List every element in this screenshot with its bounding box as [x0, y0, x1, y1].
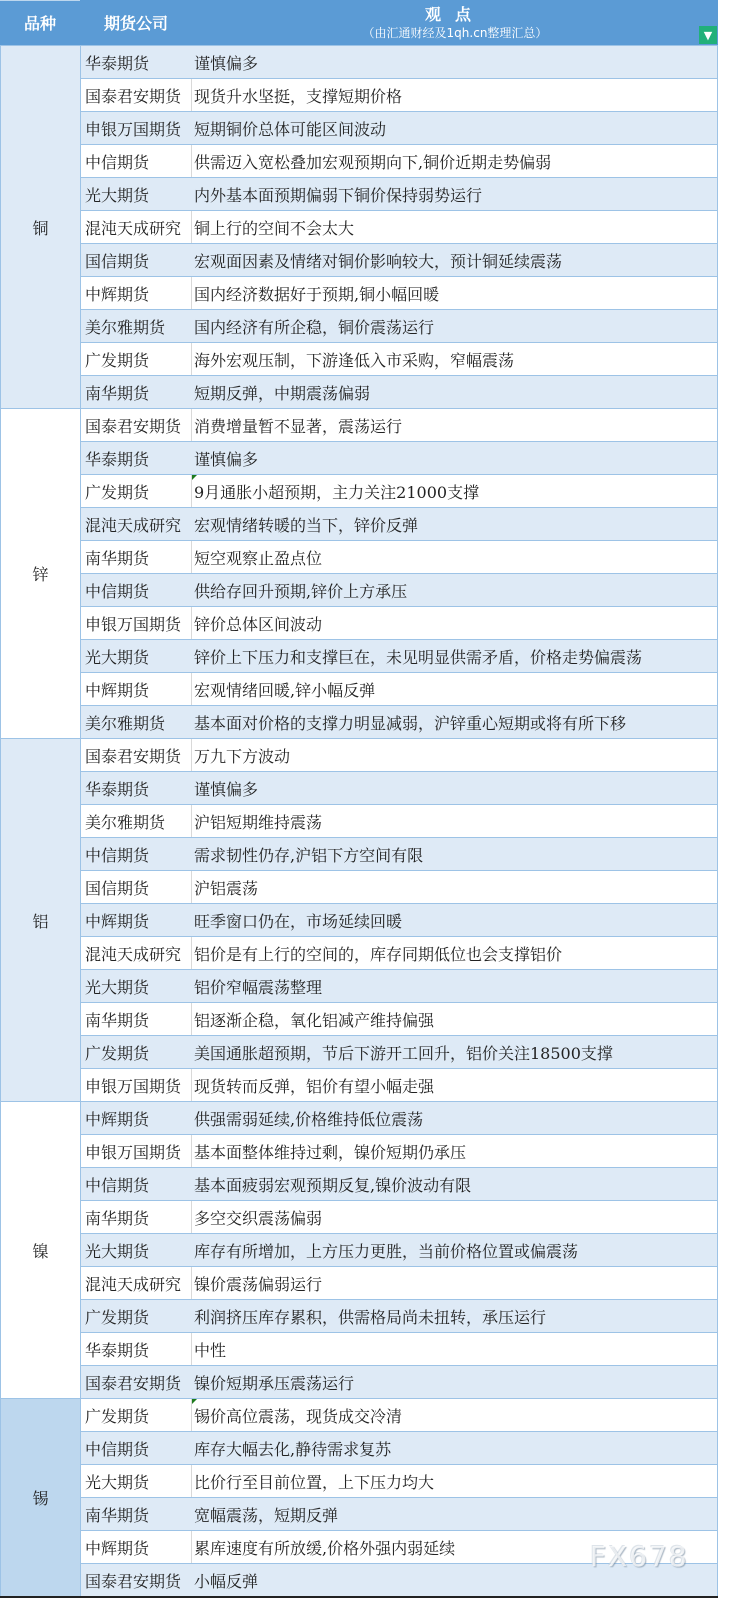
view-cell[interactable]: 宏观情绪回暖,锌小幅反弹 [192, 673, 718, 705]
company-cell[interactable]: 光大期货 [81, 970, 192, 1002]
table-row[interactable]: 国泰君安期货万九下方波动 [81, 739, 718, 772]
table-row[interactable]: 申银万国期货短期铜价总体可能区间波动 [81, 112, 718, 145]
metal-cell[interactable]: 锌 [0, 409, 81, 738]
table-row[interactable]: 光大期货锌价上下压力和支撑巨在，未见明显供需矛盾，价格走势偏震荡 [81, 640, 718, 673]
table-row[interactable]: 中信期货库存大幅去化,静待需求复苏 [81, 1432, 718, 1465]
company-cell[interactable]: 中辉期货 [81, 277, 192, 309]
view-cell[interactable]: 海外宏观压制，下游逢低入市采购，窄幅震荡 [192, 343, 718, 375]
company-cell[interactable]: 华泰期货 [81, 46, 192, 78]
table-row[interactable]: 混沌天成研究铝价是有上行的空间的，库存同期低位也会支撑铝价 [81, 937, 718, 970]
table-row[interactable]: 光大期货库存有所增加，上方压力更胜，当前价格位置或偏震荡 [81, 1234, 718, 1267]
company-cell[interactable]: 美尔雅期货 [81, 805, 192, 837]
table-row[interactable]: 华泰期货谨慎偏多 [81, 46, 718, 79]
company-cell[interactable]: 广发期货 [81, 475, 192, 507]
view-cell[interactable]: 铜上行的空间不会太大 [192, 211, 718, 243]
view-cell[interactable]: 谨慎偏多 [192, 46, 718, 78]
company-cell[interactable]: 国泰君安期货 [81, 1366, 192, 1398]
view-cell[interactable]: 美国通胀超预期，节后下游开工回升，铝价关注18500支撑 [192, 1036, 718, 1068]
view-cell[interactable]: 9月通胀小超预期，主力关注21000支撑 [192, 475, 718, 507]
view-cell[interactable]: 锌价上下压力和支撑巨在，未见明显供需矛盾，价格走势偏震荡 [192, 640, 718, 672]
table-row[interactable]: 中辉期货供强需弱延续,价格维持低位震荡 [81, 1102, 718, 1135]
company-cell[interactable]: 美尔雅期货 [81, 310, 192, 342]
company-cell[interactable]: 华泰期货 [81, 772, 192, 804]
company-cell[interactable]: 混沌天成研究 [81, 508, 192, 540]
company-cell[interactable]: 南华期货 [81, 1201, 192, 1233]
company-cell[interactable]: 申银万国期货 [81, 1135, 192, 1167]
table-row[interactable]: 广发期货锡价高位震荡，现货成交冷清 [81, 1399, 718, 1432]
company-cell[interactable]: 光大期货 [81, 640, 192, 672]
company-cell[interactable]: 南华期货 [81, 1003, 192, 1035]
table-row[interactable]: 中信期货需求韧性仍存,沪铝下方空间有限 [81, 838, 718, 871]
view-text: 锡价高位震荡，现货成交冷清 [194, 1404, 402, 1427]
view-cell[interactable]: 基本面对价格的支撑力明显减弱，沪锌重心短期或将有所下移 [192, 706, 718, 738]
view-cell[interactable]: 内外基本面预期偏弱下铜价保持弱势运行 [192, 178, 718, 210]
view-cell[interactable]: 现货升水坚挺，支撑短期价格 [192, 79, 718, 111]
company-cell[interactable]: 南华期货 [81, 376, 192, 408]
table-row[interactable]: 国泰君安期货现货升水坚挺，支撑短期价格 [81, 79, 718, 112]
company-cell[interactable]: 南华期货 [81, 1498, 192, 1530]
table-row[interactable]: 南华期货多空交织震荡偏弱 [81, 1201, 718, 1234]
company-cell[interactable]: 申银万国期货 [81, 1069, 192, 1101]
company-cell[interactable]: 中辉期货 [81, 1102, 192, 1134]
table-row[interactable]: 申银万国期货锌价总体区间波动 [81, 607, 718, 640]
view-cell[interactable]: 需求韧性仍存,沪铝下方空间有限 [192, 838, 718, 870]
view-cell[interactable]: 利润挤压库存累积，供需格局尚未扭转，承压运行 [192, 1300, 718, 1332]
section-zinc: 锌 国泰君安期货消费增量暂不显著，震荡运行 华泰期货谨慎偏多 广发期货9月通胀小… [0, 409, 718, 739]
view-cell[interactable]: 沪铝短期维持震荡 [192, 805, 718, 837]
table-row[interactable]: 中信期货供给存回升预期,锌价上方承压 [81, 574, 718, 607]
company-cell[interactable]: 国泰君安期货 [81, 1564, 192, 1596]
table-row[interactable]: 美尔雅期货基本面对价格的支撑力明显减弱，沪锌重心短期或将有所下移 [81, 706, 718, 738]
header-variety[interactable]: 品种 [0, 0, 80, 45]
view-cell[interactable]: 多空交织震荡偏弱 [192, 1201, 718, 1233]
table-row[interactable]: 混沌天成研究铜上行的空间不会太大 [81, 211, 718, 244]
company-cell[interactable]: 国信期货 [81, 244, 192, 276]
company-cell[interactable]: 南华期货 [81, 541, 192, 573]
view-cell[interactable]: 库存大幅去化,静待需求复苏 [192, 1432, 718, 1464]
header-company[interactable]: 期货公司 [80, 0, 192, 45]
view-cell[interactable]: 现货转而反弹，铝价有望小幅走强 [192, 1069, 718, 1101]
view-cell[interactable]: 铝价是有上行的空间的，库存同期低位也会支撑铝价 [192, 937, 718, 969]
company-cell[interactable]: 中信期货 [81, 838, 192, 870]
company-cell[interactable]: 中信期货 [81, 574, 192, 606]
company-cell[interactable]: 中信期货 [81, 145, 192, 177]
view-cell[interactable]: 供给存回升预期,锌价上方承压 [192, 574, 718, 606]
table-row[interactable]: 国泰君安期货镍价短期承压震荡运行 [81, 1366, 718, 1398]
view-cell[interactable]: 镍价震荡偏弱运行 [192, 1267, 718, 1299]
view-cell[interactable]: 供强需弱延续,价格维持低位震荡 [192, 1102, 718, 1134]
company-cell[interactable]: 广发期货 [81, 1399, 192, 1431]
section-aluminum: 铝 国泰君安期货万九下方波动 华泰期货谨慎偏多 美尔雅期货沪铝短期维持震荡 中信… [0, 739, 718, 1102]
table-row[interactable]: 华泰期货谨慎偏多 [81, 442, 718, 475]
view-cell[interactable]: 万九下方波动 [192, 739, 718, 771]
table-row[interactable]: 光大期货比价行至目前位置，上下压力均大 [81, 1465, 718, 1498]
view-cell[interactable]: 国内经济数据好于预期,铜小幅回暖 [192, 277, 718, 309]
company-cell[interactable]: 混沌天成研究 [81, 937, 192, 969]
view-cell[interactable]: 基本面整体维持过剩，镍价短期仍承压 [192, 1135, 718, 1167]
view-cell[interactable]: 锡价高位震荡，现货成交冷清 [192, 1399, 718, 1431]
view-cell[interactable]: 比价行至目前位置，上下压力均大 [192, 1465, 718, 1497]
table-row[interactable]: 广发期货9月通胀小超预期，主力关注21000支撑 [81, 475, 718, 508]
table-row[interactable]: 国泰君安期货消费增量暂不显著，震荡运行 [81, 409, 718, 442]
company-cell[interactable]: 混沌天成研究 [81, 211, 192, 243]
watermark-logo: FX678 [590, 1540, 689, 1573]
view-cell[interactable]: 旺季窗口仍在，市场延续回暖 [192, 904, 718, 936]
company-cell[interactable]: 光大期货 [81, 1465, 192, 1497]
company-cell[interactable]: 国泰君安期货 [81, 739, 192, 771]
table-row[interactable]: 中辉期货旺季窗口仍在，市场延续回暖 [81, 904, 718, 937]
filter-icon[interactable]: ▼ [699, 26, 717, 44]
table-row[interactable]: 中信期货供需迈入宽松叠加宏观预期向下,铜价近期走势偏弱 [81, 145, 718, 178]
comment-marker-icon [192, 475, 197, 480]
table-row[interactable]: 混沌天成研究宏观情绪转暖的当下，锌价反弹 [81, 508, 718, 541]
table-row[interactable]: 国信期货沪铝震荡 [81, 871, 718, 904]
table-row[interactable]: 广发期货利润挤压库存累积，供需格局尚未扭转，承压运行 [81, 1300, 718, 1333]
company-cell[interactable]: 国信期货 [81, 871, 192, 903]
table-header: 品种 期货公司 观点 （由汇通财经及1qh.cn整理汇总） ▼ [0, 0, 718, 46]
table-row[interactable]: 南华期货短空观察止盈点位 [81, 541, 718, 574]
company-cell[interactable]: 中信期货 [81, 1432, 192, 1464]
company-cell[interactable]: 混沌天成研究 [81, 1267, 192, 1299]
company-cell[interactable]: 广发期货 [81, 1300, 192, 1332]
view-cell[interactable]: 供需迈入宽松叠加宏观预期向下,铜价近期走势偏弱 [192, 145, 718, 177]
view-cell[interactable]: 谨慎偏多 [192, 772, 718, 804]
view-cell[interactable]: 镍价短期承压震荡运行 [192, 1366, 718, 1398]
view-cell[interactable]: 沪铝震荡 [192, 871, 718, 903]
view-cell[interactable]: 宽幅震荡，短期反弹 [192, 1498, 718, 1530]
view-cell[interactable]: 铝价窄幅震荡整理 [192, 970, 718, 1002]
table-row[interactable]: 中信期货基本面疲弱宏观预期反复,镍价波动有限 [81, 1168, 718, 1201]
company-cell[interactable]: 申银万国期货 [81, 607, 192, 639]
table-row[interactable]: 南华期货铝逐渐企稳，氧化铝减产维持偏强 [81, 1003, 718, 1036]
view-cell[interactable]: 短期反弹，中期震荡偏弱 [192, 376, 718, 408]
table-row[interactable]: 申银万国期货现货转而反弹，铝价有望小幅走强 [81, 1069, 718, 1101]
view-cell[interactable]: 铝逐渐企稳，氧化铝减产维持偏强 [192, 1003, 718, 1035]
company-cell[interactable]: 中信期货 [81, 1168, 192, 1200]
table-row[interactable]: 南华期货短期反弹，中期震荡偏弱 [81, 376, 718, 408]
futures-views-table: 品种 期货公司 观点 （由汇通财经及1qh.cn整理汇总） ▼ 铜 华泰期货谨慎… [0, 0, 718, 1598]
company-cell[interactable]: 中辉期货 [81, 673, 192, 705]
header-view-subtitle: （由汇通财经及1qh.cn整理汇总） [363, 25, 548, 41]
table-row[interactable]: 混沌天成研究镍价震荡偏弱运行 [81, 1267, 718, 1300]
table-row[interactable]: 中辉期货宏观情绪回暖,锌小幅反弹 [81, 673, 718, 706]
company-cell[interactable]: 申银万国期货 [81, 112, 192, 144]
table-row[interactable]: 国信期货宏观面因素及情绪对铜价影响较大，预计铜延续震荡 [81, 244, 718, 277]
view-cell[interactable]: 短空观察止盈点位 [192, 541, 718, 573]
company-cell[interactable]: 国泰君安期货 [81, 409, 192, 441]
view-cell[interactable]: 宏观面因素及情绪对铜价影响较大，预计铜延续震荡 [192, 244, 718, 276]
table-row[interactable]: 广发期货海外宏观压制，下游逢低入市采购，窄幅震荡 [81, 343, 718, 376]
metal-cell[interactable]: 铝 [0, 739, 81, 1101]
table-row[interactable]: 美尔雅期货沪铝短期维持震荡 [81, 805, 718, 838]
comment-marker-icon [192, 1399, 197, 1404]
table-row[interactable]: 南华期货宽幅震荡，短期反弹 [81, 1498, 718, 1531]
company-cell[interactable]: 广发期货 [81, 1036, 192, 1068]
table-row[interactable]: 申银万国期货基本面整体维持过剩，镍价短期仍承压 [81, 1135, 718, 1168]
table-row[interactable]: 华泰期货中性 [81, 1333, 718, 1366]
company-cell[interactable]: 华泰期货 [81, 1333, 192, 1365]
view-cell[interactable]: 谨慎偏多 [192, 442, 718, 474]
view-cell[interactable]: 消费增量暂不显著，震荡运行 [192, 409, 718, 441]
header-view-title: 观点 [425, 5, 485, 25]
metal-cell[interactable]: 镍 [0, 1102, 81, 1398]
header-view[interactable]: 观点 （由汇通财经及1qh.cn整理汇总） [192, 0, 718, 45]
view-cell[interactable]: 中性 [192, 1333, 718, 1365]
table-row[interactable]: 美尔雅期货国内经济有所企稳，铜价震荡运行 [81, 310, 718, 343]
table-row[interactable]: 广发期货美国通胀超预期，节后下游开工回升，铝价关注18500支撑 [81, 1036, 718, 1069]
section-nickel: 镍 中辉期货供强需弱延续,价格维持低位震荡 申银万国期货基本面整体维持过剩，镍价… [0, 1102, 718, 1399]
table-row[interactable]: 光大期货铝价窄幅震荡整理 [81, 970, 718, 1003]
view-text: 9月通胀小超预期，主力关注21000支撑 [194, 480, 479, 503]
company-cell[interactable]: 国泰君安期货 [81, 79, 192, 111]
table-row[interactable]: 光大期货内外基本面预期偏弱下铜价保持弱势运行 [81, 178, 718, 211]
view-cell[interactable]: 库存有所增加，上方压力更胜，当前价格位置或偏震荡 [192, 1234, 718, 1266]
company-cell[interactable]: 广发期货 [81, 343, 192, 375]
table-row[interactable]: 华泰期货谨慎偏多 [81, 772, 718, 805]
company-cell[interactable]: 光大期货 [81, 178, 192, 210]
company-cell[interactable]: 光大期货 [81, 1234, 192, 1266]
view-cell[interactable]: 国内经济有所企稳，铜价震荡运行 [192, 310, 718, 342]
company-cell[interactable]: 华泰期货 [81, 442, 192, 474]
view-cell[interactable]: 锌价总体区间波动 [192, 607, 718, 639]
company-cell[interactable]: 中辉期货 [81, 1531, 192, 1563]
view-cell[interactable]: 基本面疲弱宏观预期反复,镍价波动有限 [192, 1168, 718, 1200]
view-cell[interactable]: 短期铜价总体可能区间波动 [192, 112, 718, 144]
view-cell[interactable]: 宏观情绪转暖的当下，锌价反弹 [192, 508, 718, 540]
company-cell[interactable]: 中辉期货 [81, 904, 192, 936]
metal-cell[interactable]: 铜 [0, 46, 81, 408]
table-row[interactable]: 中辉期货国内经济数据好于预期,铜小幅回暖 [81, 277, 718, 310]
company-cell[interactable]: 美尔雅期货 [81, 706, 192, 738]
section-copper: 铜 华泰期货谨慎偏多 国泰君安期货现货升水坚挺，支撑短期价格 申银万国期货短期铜… [0, 46, 718, 409]
metal-cell[interactable]: 锡 [0, 1399, 81, 1596]
